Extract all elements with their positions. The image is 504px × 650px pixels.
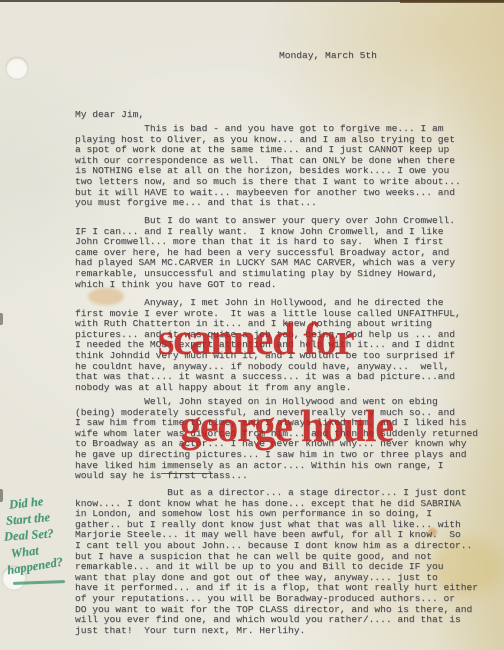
watermark-scanned-for: scanned for [158,316,353,362]
margin-note-line: Start the [6,511,51,528]
letter-paragraph: But as a director... a stage director...… [75,488,478,636]
scan-edge-nub [0,313,3,325]
scanned-letter-page: Monday, March 5th My dear Jim, This is b… [0,0,504,650]
hole-punch-top [6,57,28,79]
watermark-george-houle: george houle [180,403,393,449]
letter-date: Monday, March 5th [279,51,377,62]
typed-underline-immensely [161,473,213,474]
scan-edge-top-right [400,0,504,3]
scan-edge-nub [0,489,3,502]
letter-salutation: My dear Jim, [75,110,144,121]
margin-note-line: Did he [8,495,44,512]
margin-note-underline [13,580,65,584]
margin-note-line: Deal Set? [4,527,54,543]
letter-paragraph: But I do want to answer your query over … [75,216,455,290]
letter-paragraph: This is bad - and you have got to forgiv… [75,124,461,209]
